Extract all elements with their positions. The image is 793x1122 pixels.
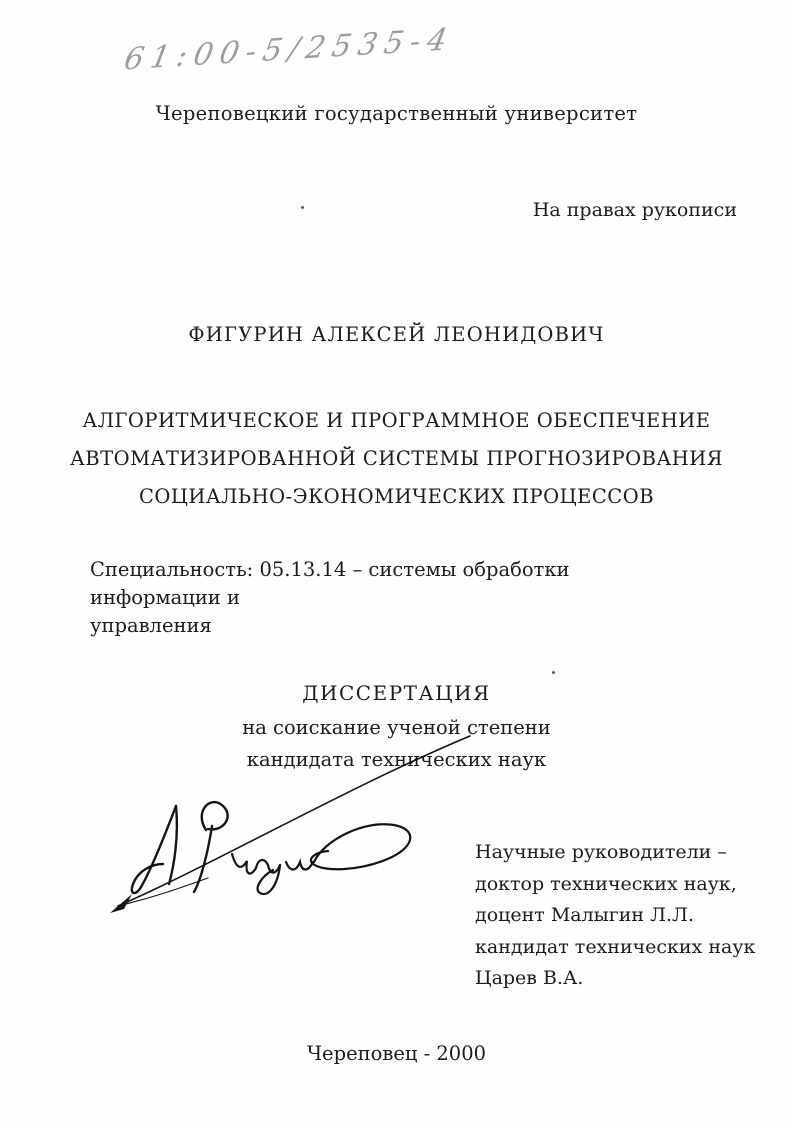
supervisors-line-1: Научные руководители – (475, 837, 755, 869)
city-year: Череповец - 2000 (0, 1042, 793, 1065)
specialty: Специальность: 05.13.14 – системы обрабо… (90, 556, 690, 640)
university-name: Череповецкий государственный университет (0, 102, 793, 125)
specialty-line-1: Специальность: 05.13.14 – системы обрабо… (90, 556, 690, 612)
dissertation-title: АЛГОРИТМИЧЕСКОЕ И ПРОГРАММНОЕ ОБЕСПЕЧЕНИ… (0, 402, 793, 516)
scan-speck (552, 671, 555, 674)
title-line-2: АВТОМАТИЗИРОВАННОЙ СИСТЕМЫ ПРОГНОЗИРОВАН… (0, 440, 793, 478)
supervisors-line-2: доктор технических наук, (475, 869, 755, 901)
author-name: ФИГУРИН АЛЕКСЕЙ ЛЕОНИДОВИЧ (0, 323, 793, 346)
supervisors-line-3: доцент Малыгин Л.Л. (475, 900, 755, 932)
specialty-line-2: управления (90, 612, 690, 640)
dissertation-heading: ДИССЕРТАЦИЯ (0, 681, 793, 705)
dissertation-subtitle-2: кандидата технических наук (0, 748, 793, 771)
signature-pen-tip (110, 894, 132, 913)
supervisors-line-5: Царев В.А. (475, 963, 755, 995)
supervisors-line-4: кандидат технических наук (475, 932, 755, 964)
dissertation-title-page: 61:00-5/2535-4 Череповецкий государствен… (0, 0, 793, 1122)
manuscript-note: На правах рукописи (533, 199, 737, 221)
author-signature (60, 714, 500, 924)
dissertation-subtitle-1: на соискание ученой степени (0, 716, 793, 739)
handwritten-catalog-number: 61:00-5/2535-4 (121, 22, 456, 78)
title-line-3: СОЦИАЛЬНО-ЭКОНОМИЧЕСКИХ ПРОЦЕССОВ (0, 478, 793, 516)
signature-handwriting-icon (60, 714, 500, 924)
title-line-1: АЛГОРИТМИЧЕСКОЕ И ПРОГРАММНОЕ ОБЕСПЕЧЕНИ… (0, 402, 793, 440)
supervisors: Научные руководители – доктор технически… (475, 837, 755, 995)
scan-speck (301, 206, 304, 209)
